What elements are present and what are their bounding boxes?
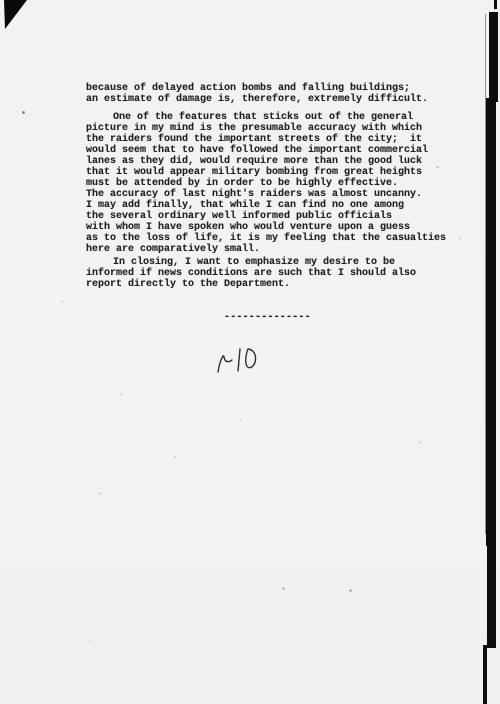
scanned-letter-page: because of delayed action bombs and fall… [0, 0, 500, 704]
paragraph-3: In closing, I want to emphasize my desir… [86, 257, 446, 290]
paragraph-1: because of delayed action bombs and fall… [86, 83, 446, 105]
scan-noise [0, 0, 1, 1]
handwritten-stroke-art [205, 342, 275, 382]
paragraph-2: One of the features that sticks out of t… [86, 112, 446, 255]
handwritten-page-number: r 10 [205, 342, 275, 387]
scan-edge-artifact [480, 0, 500, 704]
letter-body: because of delayed action bombs and fall… [86, 83, 446, 290]
corner-fold-mark [0, 0, 32, 32]
typed-separator-line: -------------- [224, 312, 311, 323]
